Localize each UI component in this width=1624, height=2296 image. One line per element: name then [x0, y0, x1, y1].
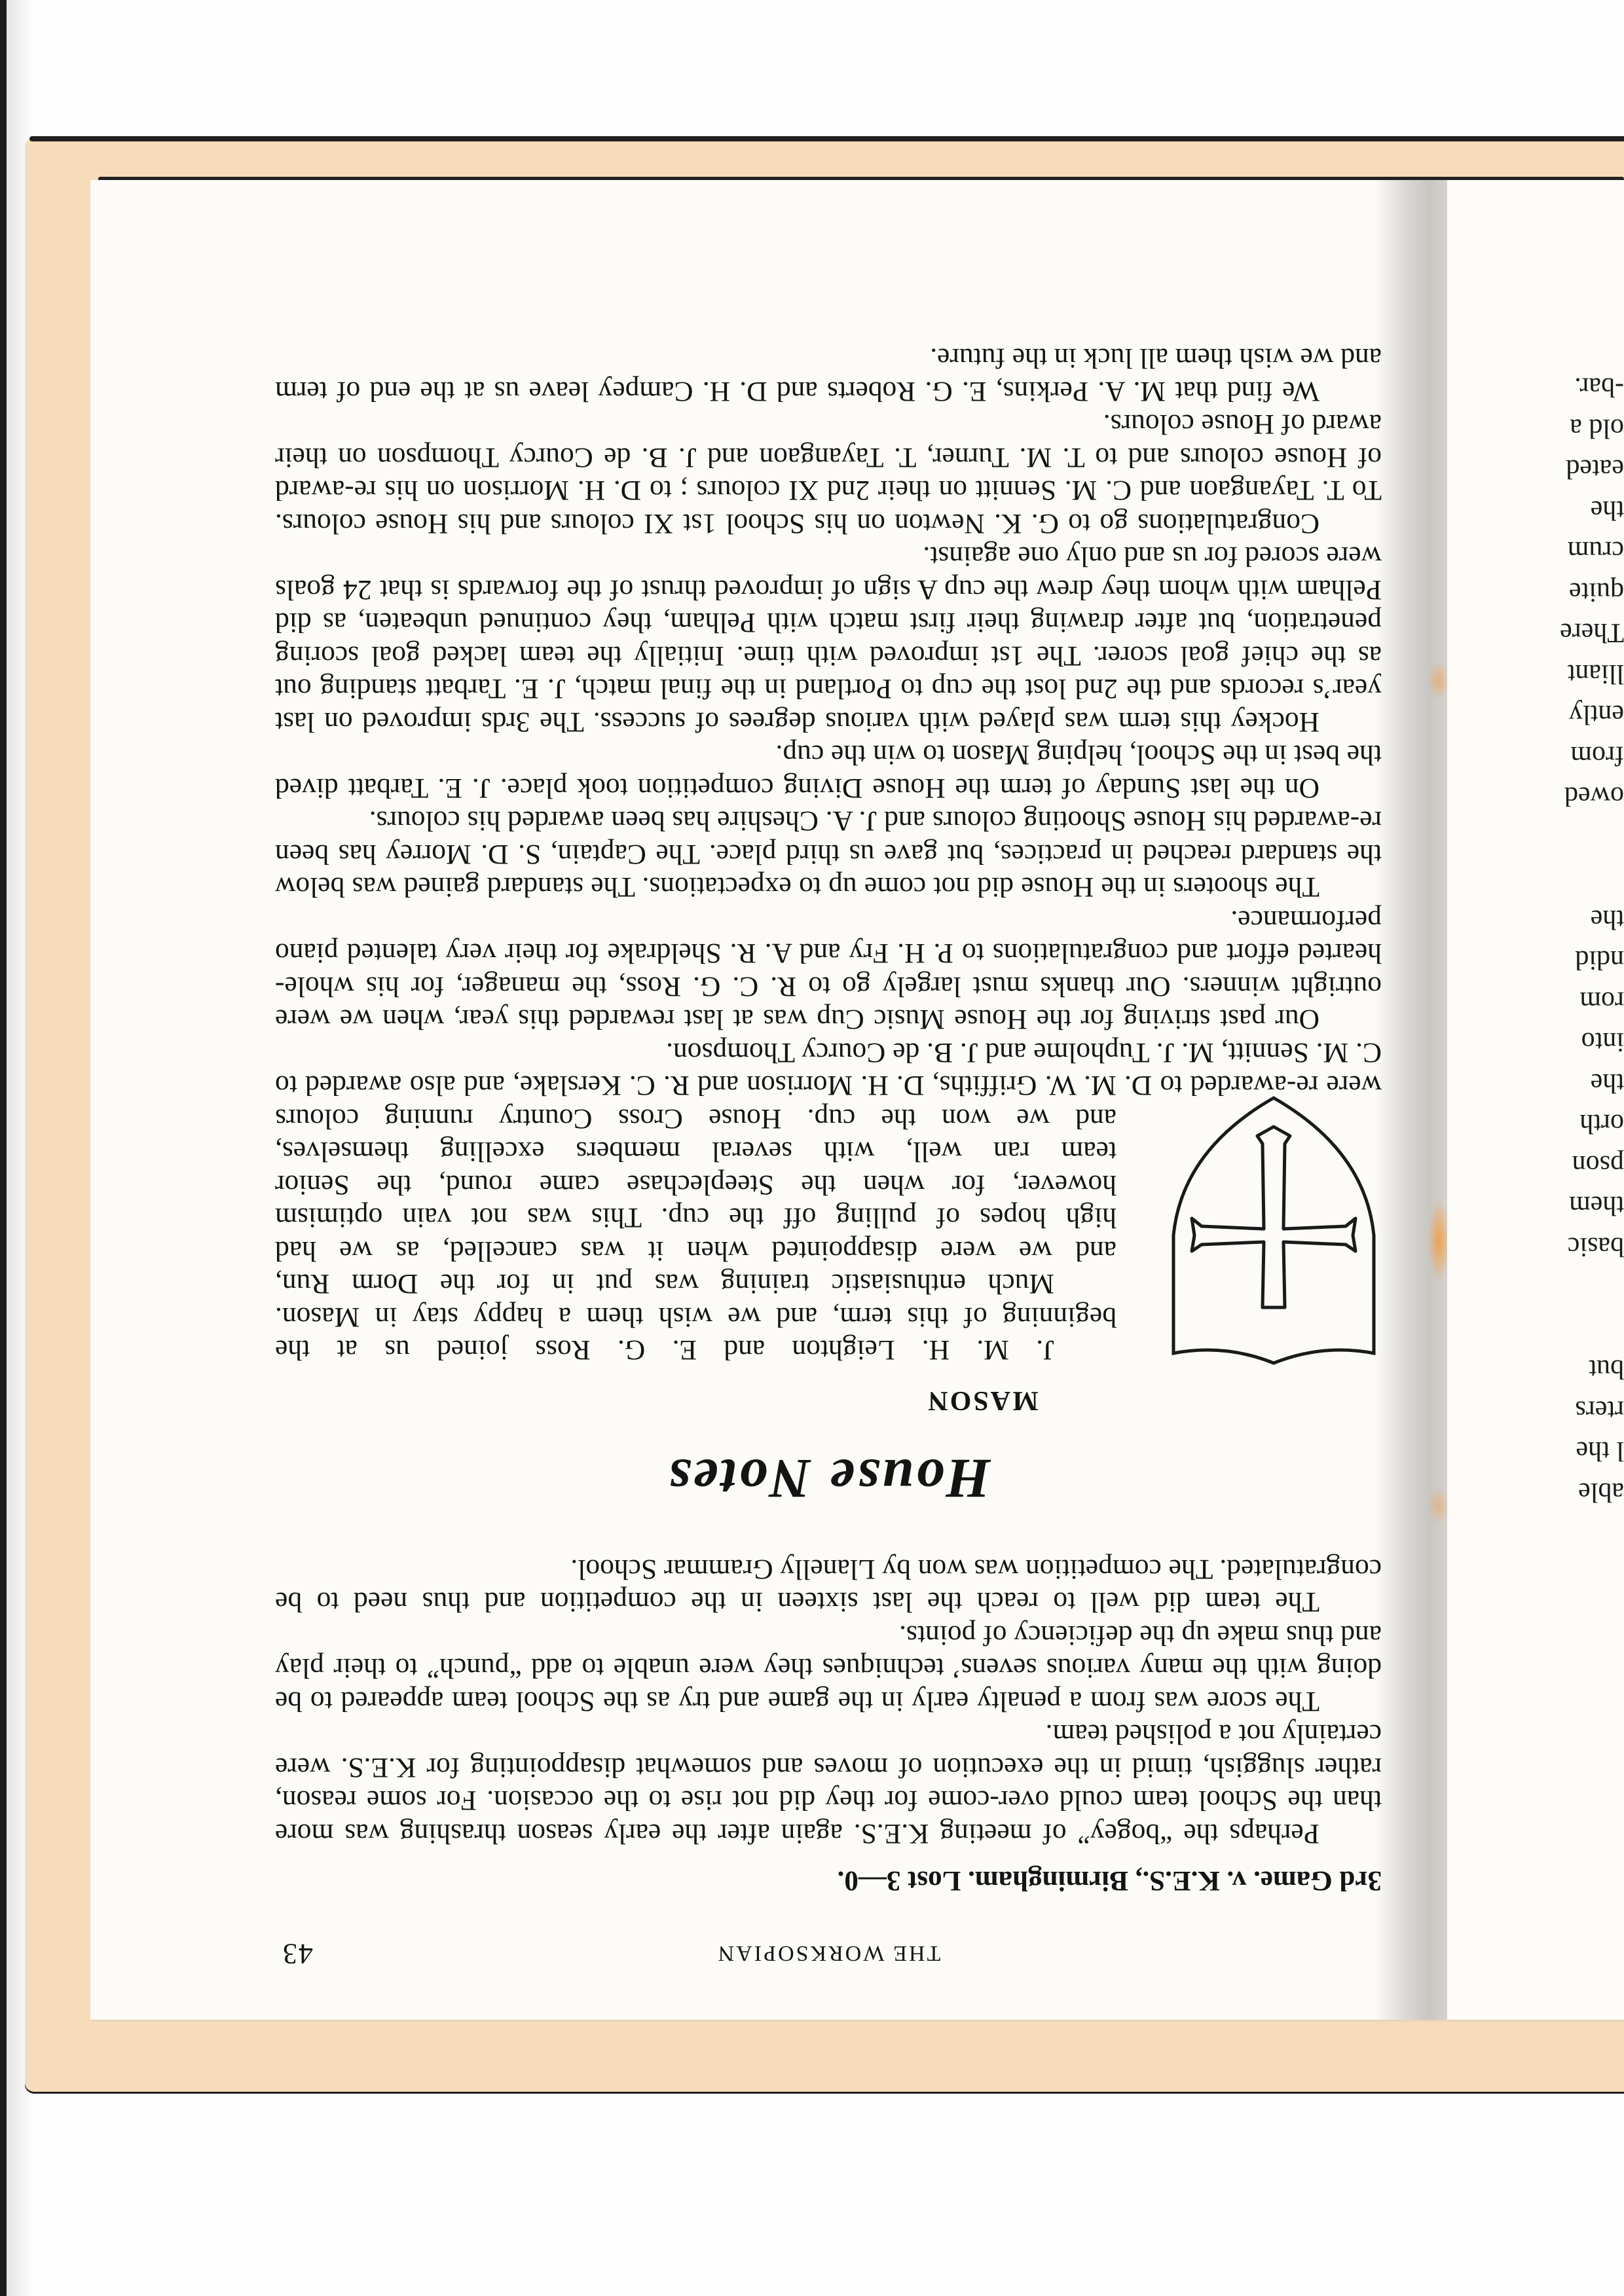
fragment: There — [1572, 612, 1624, 653]
fragment: rters — [1572, 1390, 1624, 1431]
paragraph-line: high hopes of pulling off the cup. This … — [275, 1201, 1116, 1235]
fragment: lliant — [1572, 653, 1624, 695]
paragraph-line: and we were disappointed when it was can… — [275, 1235, 1116, 1268]
paragraph-line: team ran well, with several members exce… — [275, 1135, 1116, 1169]
paragraph: On the last Sunday of term the House Div… — [275, 738, 1382, 805]
stain-mark — [1428, 661, 1450, 701]
paragraph: The score was from a penalty early in th… — [275, 1619, 1382, 1719]
paragraph: Our past striving for the House Music Cu… — [275, 904, 1382, 1036]
paragraph: We find that M. A. Perkins, E. G. Robert… — [275, 342, 1382, 408]
fragment: them — [1572, 1185, 1624, 1226]
fragment: pson — [1572, 1144, 1624, 1186]
fragment: from — [1572, 735, 1624, 776]
paragraph-line: however, for when the Steeplechase came … — [275, 1169, 1116, 1202]
paragraph-line: beginning of this term, and we wish them… — [275, 1301, 1116, 1334]
running-head-title: THE WORKSOPIAN — [275, 1941, 1382, 1965]
match-heading: 3rd Game. v. K.E.S., Birmingham. Lost 3—… — [275, 1862, 1382, 1899]
fragment: old a — [1572, 408, 1624, 449]
mason-intro-with-crest: J. M. H. Leighton and E. G. Ross joined … — [275, 1102, 1382, 1367]
paragraph: The shooters in the House did not come u… — [275, 805, 1382, 904]
paragraph: The team did well to reach the last sixt… — [275, 1553, 1382, 1619]
fragment: -bar. — [1572, 367, 1624, 408]
fragment: crum — [1572, 530, 1624, 572]
fragment: but — [1572, 1349, 1624, 1390]
running-head: THE WORKSOPIAN 43 — [275, 1931, 1382, 1971]
paragraph-line: Much enthusiastic training was put in fo… — [275, 1267, 1116, 1301]
fragment: basic — [1572, 1226, 1624, 1267]
fragment: into — [1572, 1021, 1624, 1063]
fragment: quite — [1572, 572, 1624, 613]
fragment: ently — [1572, 694, 1624, 735]
fragment: l the — [1572, 1430, 1624, 1472]
paragraph: Congratulations go to G. K. Newton on hi… — [275, 408, 1382, 540]
paragraph: Perhaps the “bogey” of meeting K.E.S. ag… — [275, 1718, 1382, 1850]
frame-top-edge — [29, 136, 1624, 141]
mason-intro-lines: J. M. H. Leighton and E. G. Ross joined … — [275, 1102, 1116, 1367]
fragment: able — [1572, 1472, 1624, 1513]
page-content-rotated: THE WORKSOPIAN 43 3rd Game. v. K.E.S., B… — [275, 354, 1382, 1971]
page-number: 43 — [282, 1937, 313, 1971]
page-bottom-edge — [92, 2020, 1624, 2022]
fragment: orth — [1572, 1103, 1624, 1144]
book-gutter — [1375, 180, 1447, 2020]
fragment: owed — [1572, 776, 1624, 817]
paragraph-line: J. M. H. Leighton and E. G. Ross joined … — [275, 1334, 1116, 1367]
fragment: ndid — [1572, 939, 1624, 981]
scanner-edge — [0, 0, 7, 2296]
shield-cross-icon — [1166, 1092, 1382, 1367]
fragment: the — [1572, 1063, 1624, 1104]
paragraph: Hockey this term was played with various… — [275, 540, 1382, 738]
stain-mark — [1428, 1198, 1450, 1283]
house-name: MASON — [275, 1385, 1382, 1417]
fragment: the — [1572, 490, 1624, 531]
facing-page-text-fragments: able l the rters but basic them pson ort… — [1572, 367, 1624, 1512]
stain-mark — [1428, 1486, 1450, 1525]
section-title: House Notes — [275, 1447, 1382, 1512]
fragment: the — [1572, 899, 1624, 940]
fragment: rom — [1572, 981, 1624, 1022]
fragment: eated — [1572, 448, 1624, 490]
paragraph-line: and we won the cup. House Cross Country … — [275, 1102, 1116, 1136]
